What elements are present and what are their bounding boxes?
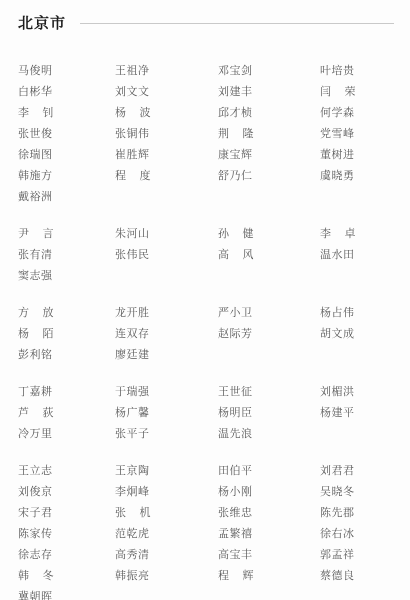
member-name: 田伯平	[218, 465, 253, 477]
member-name: 李卓	[320, 224, 356, 245]
member-cell: 冀朝晖	[18, 587, 115, 600]
member-name: 刘君君	[320, 465, 355, 477]
member-name: 孟繁禧	[218, 528, 253, 540]
member-cell: 高风	[218, 245, 320, 266]
member-cell: 闫荣	[320, 82, 400, 103]
member-cell: 杨建平	[320, 403, 400, 424]
member-name: 丁嘉耕	[18, 386, 53, 398]
member-cell: 刘君君	[320, 461, 400, 482]
member-cell: 窦志强	[18, 266, 115, 287]
member-name: 舒乃仁	[218, 170, 253, 182]
member-name: 尹言	[18, 224, 54, 245]
member-name: 胡文成	[320, 328, 355, 340]
member-cell: 邱才桢	[218, 103, 320, 124]
member-name: 王立志	[18, 465, 53, 477]
member-cell: 李卓	[320, 224, 400, 245]
member-name: 严小卫	[218, 307, 253, 319]
member-cell: 陈先郡	[320, 503, 400, 524]
member-name: 杨建平	[320, 407, 355, 419]
member-name: 韩冬	[18, 566, 54, 587]
header: 北京市	[0, 0, 410, 33]
member-name: 张伟民	[115, 249, 150, 261]
member-cell: 高宝丰	[218, 545, 320, 566]
member-name: 张机	[115, 503, 151, 524]
member-name: 孙健	[218, 224, 254, 245]
member-cell: 郭孟祥	[320, 545, 400, 566]
member-name: 宋子君	[18, 507, 53, 519]
member-name: 蔡德良	[320, 570, 355, 582]
member-name: 于瑞强	[115, 386, 150, 398]
member-name: 张铜伟	[115, 128, 150, 140]
member-cell: 王立志	[18, 461, 115, 482]
member-name: 党雪峰	[320, 128, 355, 140]
member-cell: 严小卫	[218, 303, 320, 324]
member-cell: 方放	[18, 303, 115, 324]
member-cell: 舒乃仁	[218, 166, 320, 187]
member-name: 白彬华	[18, 86, 53, 98]
page: { "title": "北京市", "blocks": [ ["马俊明","王祖…	[0, 0, 410, 600]
member-cell: 徐瑞图	[18, 145, 115, 166]
member-cell: 丁嘉耕	[18, 382, 115, 403]
member-cell: 田伯平	[218, 461, 320, 482]
member-name: 窦志强	[18, 270, 53, 282]
member-cell: 韩冬	[18, 566, 115, 587]
member-cell: 王世征	[218, 382, 320, 403]
member-name: 荆隆	[218, 124, 254, 145]
member-cell: 龙开胜	[115, 303, 218, 324]
member-cell: 范乾虎	[115, 524, 218, 545]
member-name: 徐志存	[18, 549, 53, 561]
member-name: 叶培贵	[320, 65, 355, 77]
member-cell: 于瑞强	[115, 382, 218, 403]
member-name: 朱河山	[115, 228, 150, 240]
member-name: 范乾虎	[115, 528, 150, 540]
member-cell: 董树进	[320, 145, 400, 166]
member-name: 邓宝剑	[218, 65, 253, 77]
member-cell: 温水田	[320, 245, 400, 266]
member-name: 张世俊	[18, 128, 53, 140]
member-cell: 张平子	[115, 424, 218, 445]
member-list: 马俊明王祖净邓宝剑叶培贵白彬华刘文文刘建丰闫荣李钊杨波邱才桢何学森张世俊张铜伟荆…	[0, 61, 410, 600]
member-name: 杨占伟	[320, 307, 355, 319]
member-cell: 徐右冰	[320, 524, 400, 545]
member-cell: 张世俊	[18, 124, 115, 145]
member-cell: 高秀清	[115, 545, 218, 566]
member-name: 康宝辉	[218, 149, 253, 161]
member-name: 高秀清	[115, 549, 150, 561]
member-cell: 马俊明	[18, 61, 115, 82]
member-name: 何学森	[320, 107, 355, 119]
member-cell: 李钊	[18, 103, 115, 124]
member-name: 韩施方	[18, 170, 53, 182]
member-cell: 张维忠	[218, 503, 320, 524]
member-cell: 张铜伟	[115, 124, 218, 145]
member-cell: 王祖净	[115, 61, 218, 82]
member-name: 方放	[18, 303, 54, 324]
member-name: 吴晓冬	[320, 486, 355, 498]
member-cell: 康宝辉	[218, 145, 320, 166]
member-name: 程度	[115, 166, 151, 187]
member-name: 张平子	[115, 428, 150, 440]
member-cell: 邓宝剑	[218, 61, 320, 82]
member-name: 张有清	[18, 249, 53, 261]
member-name: 高宝丰	[218, 549, 253, 561]
member-name: 郭孟祥	[320, 549, 355, 561]
member-name: 程辉	[218, 566, 254, 587]
member-block: 王立志王京陶田伯平刘君君刘俊京李炯峰杨小刚吴晓冬宋子君张机张维忠陈先郡陈家传范乾…	[18, 461, 400, 600]
member-cell: 白彬华	[18, 82, 115, 103]
member-cell: 赵际芳	[218, 324, 320, 345]
member-name: 连双存	[115, 328, 150, 340]
member-name: 虞晓勇	[320, 170, 355, 182]
member-name: 徐右冰	[320, 528, 355, 540]
member-cell: 李炯峰	[115, 482, 218, 503]
member-name: 刘建丰	[218, 86, 253, 98]
member-name: 李炯峰	[115, 486, 150, 498]
member-block: 尹言朱河山孙健李卓张有清张伟民高风温水田窦志强	[18, 224, 400, 287]
member-cell: 温先浪	[218, 424, 320, 445]
member-block: 丁嘉耕于瑞强王世征刘楣洪芦荻杨广馨杨明臣杨建平冷万里张平子温先浪	[18, 382, 400, 445]
member-cell: 胡文成	[320, 324, 400, 345]
member-cell: 杨波	[115, 103, 218, 124]
member-cell: 戴裕洲	[18, 187, 115, 208]
member-name: 陈家传	[18, 528, 53, 540]
member-cell: 王京陶	[115, 461, 218, 482]
member-cell: 宋子君	[18, 503, 115, 524]
member-name: 杨广馨	[115, 407, 150, 419]
member-block: 方放龙开胜严小卫杨占伟杨陌连双存赵际芳胡文成彭利铭廖廷建	[18, 303, 400, 366]
member-cell: 崔胜辉	[115, 145, 218, 166]
member-cell: 孙健	[218, 224, 320, 245]
member-name: 刘俊京	[18, 486, 53, 498]
member-name: 崔胜辉	[115, 149, 150, 161]
member-name: 董树进	[320, 149, 355, 161]
member-name: 冷万里	[18, 428, 53, 440]
member-name: 温水田	[320, 249, 355, 261]
member-cell: 虞晓勇	[320, 166, 400, 187]
member-cell: 张有清	[18, 245, 115, 266]
member-name: 刘楣洪	[320, 386, 355, 398]
member-name: 杨小刚	[218, 486, 253, 498]
member-cell: 杨广馨	[115, 403, 218, 424]
member-name: 杨波	[115, 103, 151, 124]
member-cell: 彭利铭	[18, 345, 115, 366]
member-cell: 蔡德良	[320, 566, 400, 587]
member-name: 马俊明	[18, 65, 53, 77]
member-name: 芦荻	[18, 403, 54, 424]
member-cell: 党雪峰	[320, 124, 400, 145]
member-cell: 刘楣洪	[320, 382, 400, 403]
member-name: 彭利铭	[18, 349, 53, 361]
member-name: 温先浪	[218, 428, 253, 440]
member-cell: 张伟民	[115, 245, 218, 266]
member-cell: 刘建丰	[218, 82, 320, 103]
member-name: 冀朝晖	[18, 591, 53, 600]
member-name: 戴裕洲	[18, 191, 53, 203]
member-cell: 吴晓冬	[320, 482, 400, 503]
member-cell: 程度	[115, 166, 218, 187]
member-name: 杨陌	[18, 324, 54, 345]
member-cell: 荆隆	[218, 124, 320, 145]
title-divider	[80, 23, 394, 24]
member-cell: 刘俊京	[18, 482, 115, 503]
member-name: 韩振亮	[115, 570, 150, 582]
member-name: 王京陶	[115, 465, 150, 477]
member-cell: 连双存	[115, 324, 218, 345]
member-name: 李钊	[18, 103, 54, 124]
member-name: 王世征	[218, 386, 253, 398]
member-cell: 廖廷建	[115, 345, 218, 366]
member-cell: 刘文文	[115, 82, 218, 103]
member-name: 刘文文	[115, 86, 150, 98]
member-name: 王祖净	[115, 65, 150, 77]
member-cell: 朱河山	[115, 224, 218, 245]
member-name: 高风	[218, 245, 254, 266]
member-cell: 张机	[115, 503, 218, 524]
member-cell: 程辉	[218, 566, 320, 587]
member-block: 马俊明王祖净邓宝剑叶培贵白彬华刘文文刘建丰闫荣李钊杨波邱才桢何学森张世俊张铜伟荆…	[18, 61, 400, 208]
member-name: 赵际芳	[218, 328, 253, 340]
member-name: 张维忠	[218, 507, 253, 519]
member-cell: 叶培贵	[320, 61, 400, 82]
member-name: 陈先郡	[320, 507, 355, 519]
member-name: 廖廷建	[115, 349, 150, 361]
member-cell: 杨占伟	[320, 303, 400, 324]
member-cell: 芦荻	[18, 403, 115, 424]
member-cell: 杨小刚	[218, 482, 320, 503]
member-cell: 徐志存	[18, 545, 115, 566]
member-cell: 陈家传	[18, 524, 115, 545]
member-cell: 冷万里	[18, 424, 115, 445]
member-cell: 韩振亮	[115, 566, 218, 587]
member-cell: 何学森	[320, 103, 400, 124]
member-cell: 杨明臣	[218, 403, 320, 424]
member-cell: 尹言	[18, 224, 115, 245]
member-name: 邱才桢	[218, 107, 253, 119]
member-cell: 孟繁禧	[218, 524, 320, 545]
member-name: 龙开胜	[115, 307, 150, 319]
member-name: 杨明臣	[218, 407, 253, 419]
member-cell: 杨陌	[18, 324, 115, 345]
member-name: 徐瑞图	[18, 149, 53, 161]
region-title: 北京市	[18, 12, 66, 33]
member-name: 闫荣	[320, 82, 356, 103]
member-cell: 韩施方	[18, 166, 115, 187]
